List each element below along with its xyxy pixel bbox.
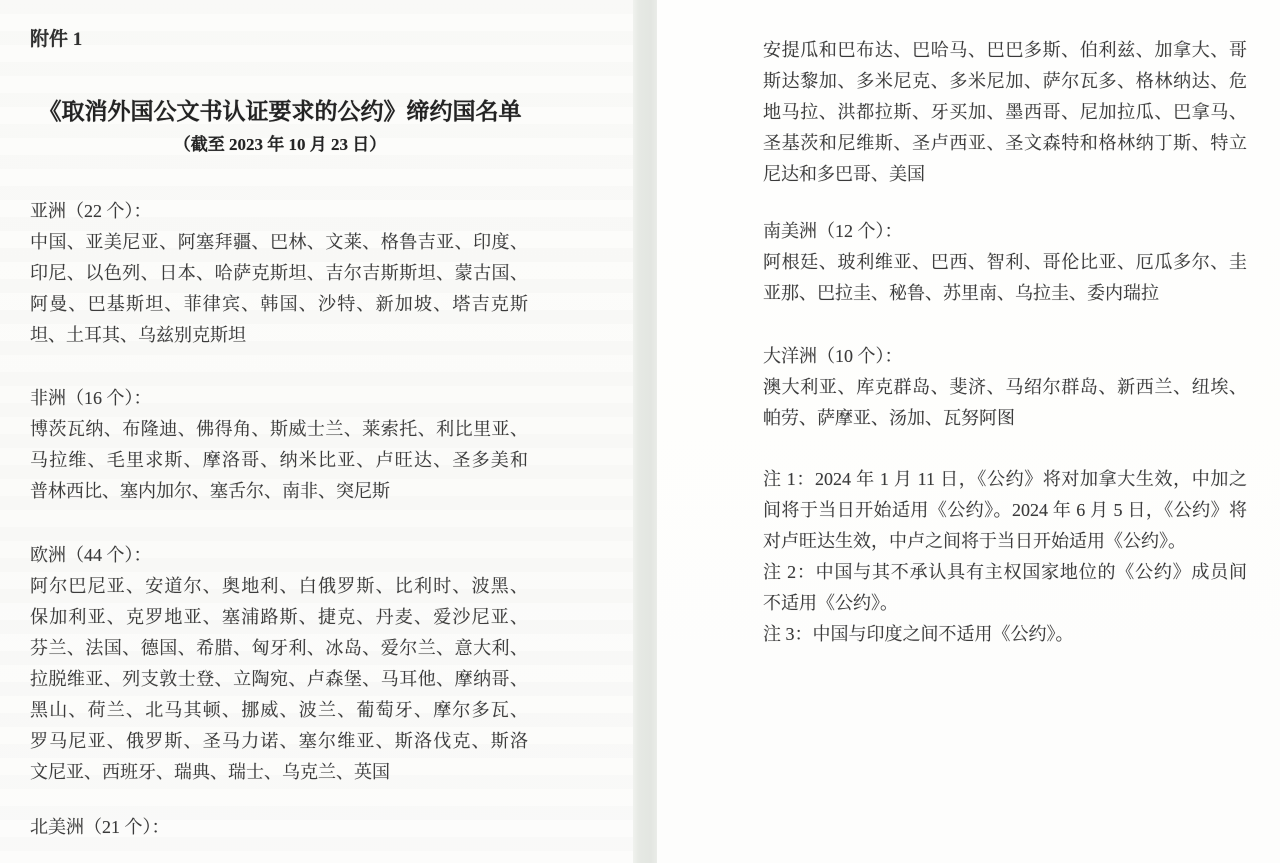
text-line: 印尼、以色列、日本、哈萨克斯坦、吉尔吉斯斯坦、蒙古国、 [30,258,528,289]
text-line: 普林西比、塞内加尔、塞舌尔、南非、突尼斯 [30,476,528,507]
text-line: 文尼亚、西班牙、瑞典、瑞士、乌克兰、英国 [30,757,528,788]
section-africa-header: 非洲（16 个）： [30,383,528,414]
section-africa: 非洲（16 个）： 博茨瓦纳、布隆迪、佛得角、斯威士兰、莱索托、利比里亚、马拉维… [30,383,528,507]
section-asia-lines: 中国、亚美尼亚、阿塞拜疆、巴林、文莱、格鲁吉亚、印度、印尼、以色列、日本、哈萨克… [30,227,528,351]
text-line: 马拉维、毛里求斯、摩洛哥、纳米比亚、卢旺达、圣多美和 [30,445,528,476]
section-oceania-header: 大洋洲（10 个）： [763,341,1247,372]
text-line: 注 1：2024 年 1 月 11 日，《公约》将对加拿大生效，中加之 [763,464,1247,495]
section-asia: 亚洲（22 个）： 中国、亚美尼亚、阿塞拜疆、巴林、文莱、格鲁吉亚、印度、印尼、… [30,196,528,351]
text-line: 亚那、巴拉圭、秘鲁、苏里南、乌拉圭、委内瑞拉 [763,278,1247,309]
text-line: 阿尔巴尼亚、安道尔、奥地利、白俄罗斯、比利时、波黑、 [30,571,528,602]
text-line: 帕劳、萨摩亚、汤加、瓦努阿图 [763,403,1247,434]
section-south-america-lines: 阿根廷、玻利维亚、巴西、智利、哥伦比亚、厄瓜多尔、圭亚那、巴拉圭、秘鲁、苏里南、… [763,247,1247,309]
section-europe-lines: 阿尔巴尼亚、安道尔、奥地利、白俄罗斯、比利时、波黑、保加利亚、克罗地亚、塞浦路斯… [30,571,528,788]
section-oceania-lines: 澳大利亚、库克群岛、斐济、马绍尔群岛、新西兰、纽埃、帕劳、萨摩亚、汤加、瓦努阿图 [763,372,1247,434]
text-line: 安提瓜和巴布达、巴哈马、巴巴多斯、伯利兹、加拿大、哥 [763,35,1247,66]
text-line: 拉脱维亚、列支敦士登、立陶宛、卢森堡、马耳他、摩纳哥、 [30,664,528,695]
text-line: 阿曼、巴基斯坦、菲律宾、韩国、沙特、新加坡、塔吉克斯 [30,289,528,320]
text-line: 保加利亚、克罗地亚、塞浦路斯、捷克、丹麦、爱沙尼亚、 [30,602,528,633]
text-line: 澳大利亚、库克群岛、斐济、马绍尔群岛、新西兰、纽埃、 [763,372,1247,403]
section-south-america: 南美洲（12 个）： 阿根廷、玻利维亚、巴西、智利、哥伦比亚、厄瓜多尔、圭亚那、… [763,216,1247,309]
section-south-america-header: 南美洲（12 个）： [763,216,1247,247]
text-line: 不适用《公约》。 [763,588,1247,619]
page-right: 安提瓜和巴布达、巴哈马、巴巴多斯、伯利兹、加拿大、哥斯达黎加、多米尼克、多米尼加… [657,0,1280,863]
document-photo: 附件 1 《取消外国公文书认证要求的公约》缔约国名单 （截至 2023 年 10… [0,0,1280,863]
text-line: 地马拉、洪都拉斯、牙买加、墨西哥、尼加拉瓜、巴拿马、 [763,97,1247,128]
text-line: 圣基茨和尼维斯、圣卢西亚、圣文森特和格林纳丁斯、特立 [763,128,1247,159]
section-europe: 欧洲（44 个）： 阿尔巴尼亚、安道尔、奥地利、白俄罗斯、比利时、波黑、保加利亚… [30,540,528,788]
section-asia-header: 亚洲（22 个）： [30,196,528,227]
section-africa-lines: 博茨瓦纳、布隆迪、佛得角、斯威士兰、莱索托、利比里亚、马拉维、毛里求斯、摩洛哥、… [30,414,528,507]
text-line: 博茨瓦纳、布隆迪、佛得角、斯威士兰、莱索托、利比里亚、 [30,414,528,445]
note-1: 注 1：2024 年 1 月 11 日，《公约》将对加拿大生效，中加之间将于当日… [763,464,1247,557]
section-europe-header: 欧洲（44 个）： [30,540,528,571]
text-line: 尼达和多巴哥、美国 [763,159,1247,190]
text-line: 斯达黎加、多米尼克、多米尼加、萨尔瓦多、格林纳达、危 [763,66,1247,97]
text-line: 罗马尼亚、俄罗斯、圣马力诺、塞尔维亚、斯洛伐克、斯洛 [30,726,528,757]
text-line: 阿根廷、玻利维亚、巴西、智利、哥伦比亚、厄瓜多尔、圭 [763,247,1247,278]
text-line: 对卢旺达生效，中卢之间将于当日开始适用《公约》。 [763,526,1247,557]
text-line: 中国、亚美尼亚、阿塞拜疆、巴林、文莱、格鲁吉亚、印度、 [30,227,528,258]
text-line: 间将于当日开始适用《公约》。2024 年 6 月 5 日，《公约》将 [763,495,1247,526]
note-3: 注 3：中国与印度之间不适用《公约》。 [763,619,1247,650]
page-gutter-divider [633,0,657,863]
text-line: 注 3：中国与印度之间不适用《公约》。 [763,619,1247,650]
text-line: 注 2：中国与其不承认具有主权国家地位的《公约》成员间 [763,557,1247,588]
note-2: 注 2：中国与其不承认具有主权国家地位的《公约》成员间不适用《公约》。 [763,557,1247,619]
attachment-label: 附件 1 [30,24,82,55]
text-line: 黑山、荷兰、北马其顿、挪威、波兰、葡萄牙、摩尔多瓦、 [30,695,528,726]
text-line: 芬兰、法国、德国、希腊、匈牙利、冰岛、爱尔兰、意大利、 [30,633,528,664]
text-line: 坦、土耳其、乌兹别克斯坦 [30,320,528,351]
page-left: 附件 1 《取消外国公文书认证要求的公约》缔约国名单 （截至 2023 年 10… [0,0,633,863]
section-north-america-header: 北美洲（21 个）： [30,812,528,843]
section-oceania: 大洋洲（10 个）： 澳大利亚、库克群岛、斐济、马绍尔群岛、新西兰、纽埃、帕劳、… [763,341,1247,434]
north-america-continuation-lines: 安提瓜和巴布达、巴哈马、巴巴多斯、伯利兹、加拿大、哥斯达黎加、多米尼克、多米尼加… [763,35,1247,190]
section-north-america: 北美洲（21 个）： [30,812,528,843]
doc-title: 《取消外国公文书认证要求的公约》缔约国名单 [30,96,530,128]
doc-subtitle: （截至 2023 年 10 月 23 日） [30,132,530,158]
